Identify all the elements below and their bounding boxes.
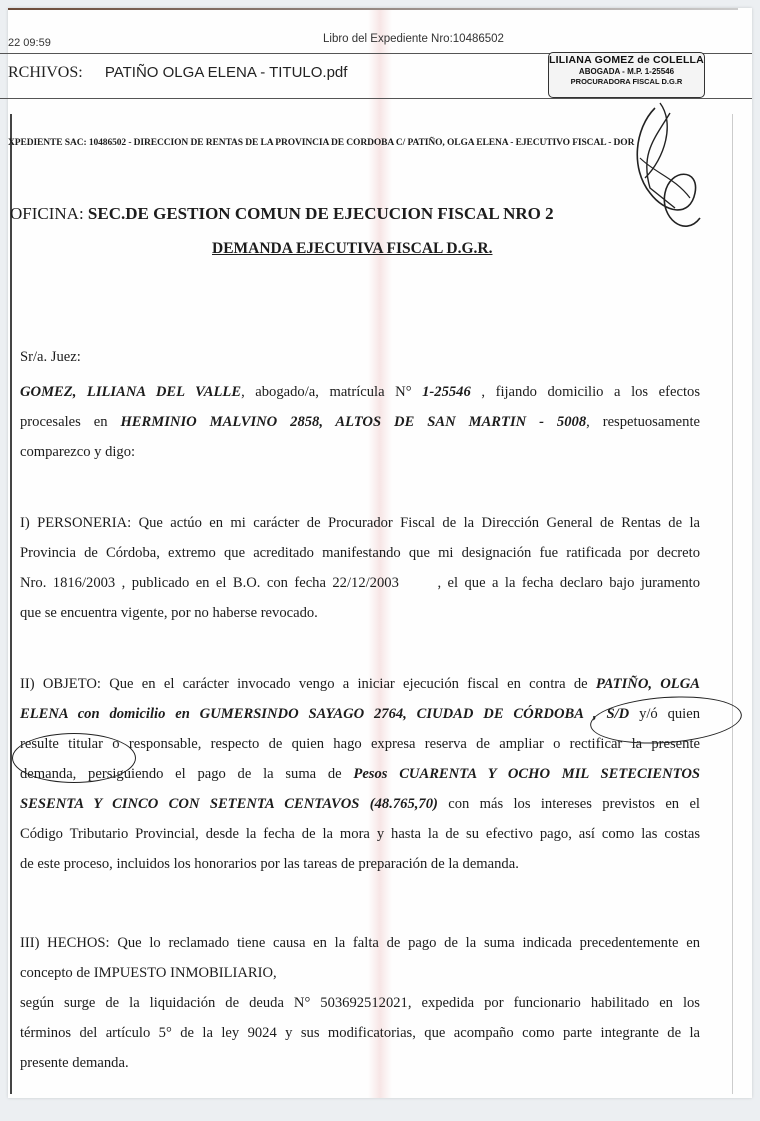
stamp-role: PROCURADORA FISCAL D.G.R — [549, 78, 704, 86]
salutation-text: Sr/a. Juez: — [20, 349, 81, 365]
hechos-line: términos del artículo 5° de la ley 9024 … — [20, 1018, 700, 1048]
archivos-label: RCHIVOS: — [8, 64, 83, 81]
objeto-line: Código Tributario Provincial, desde la f… — [20, 819, 700, 849]
text: con más los intereses previstos en el — [438, 796, 700, 812]
amount-words: Pesos CUARENTA Y OCHO MIL SETECIENTOS — [353, 766, 700, 782]
personeria-paragraph: I) PERSONERIA: Que actúo en mi carácter … — [20, 508, 700, 628]
archivos-filename: PATIÑO OLGA ELENA - TITULO.pdf — [105, 64, 348, 81]
hechos-paragraph: III) HECHOS: Que lo reclamado tiene caus… — [20, 928, 700, 1078]
text: , respetuosamente — [586, 414, 700, 430]
hechos-line: concepto de IMPUESTO INMOBILIARIO, — [20, 958, 700, 988]
objeto-paragraph: II) OBJETO: Que en el carácter invocado … — [20, 669, 700, 879]
document-title: DEMANDA EJECUTIVA FISCAL D.G.R. — [212, 240, 492, 258]
stamp-registration: ABOGADA - M.P. 1-25546 — [549, 68, 704, 76]
domicilio: HERMINIO MALVINO 2858, ALTOS DE SAN MART… — [120, 414, 586, 430]
intro-paragraph: GOMEZ, LILIANA DEL VALLE, abogado/a, mat… — [20, 377, 700, 467]
oficina-label: OFICINA: — [10, 204, 84, 223]
signature-icon — [615, 98, 705, 238]
handwritten-circle — [12, 733, 136, 783]
objeto-line: II) OBJETO: Que en el carácter invocado … — [20, 669, 700, 699]
hechos-line: III) HECHOS: Que lo reclamado tiene caus… — [20, 928, 700, 958]
objeto-line: SESENTA Y CINCO CON SETENTA CENTAVOS (48… — [20, 789, 700, 819]
personeria-line: I) PERSONERIA: Que actúo en mi carácter … — [20, 508, 700, 538]
defendant-name: PATIÑO, OLGA — [596, 676, 700, 692]
text: II) OBJETO: Que en el carácter invocado … — [20, 676, 596, 692]
text: , abogado/a, matrícula N° — [241, 384, 422, 400]
archivos-line: RCHIVOS: PATIÑO OLGA ELENA - TITULO.pdf — [8, 64, 347, 82]
objeto-line: de este proceso, incluidos los honorario… — [20, 849, 700, 879]
oficina-value: SEC.DE GESTION COMUN DE EJECUCION FISCAL… — [88, 204, 554, 223]
expediente-header: XPEDIENTE SAC: 10486502 - DIRECCION DE R… — [8, 138, 634, 148]
matricula: 1-25546 — [422, 384, 471, 400]
attorney-name: GOMEZ, LILIANA DEL VALLE — [20, 384, 241, 400]
amount-words-2: SESENTA Y CINCO CON SETENTA CENTAVOS (48… — [20, 796, 438, 812]
salutation: Sr/a. Juez: — [20, 342, 700, 372]
oficina-line: OFICINA: SEC.DE GESTION COMUN DE EJECUCI… — [10, 204, 554, 224]
paper-top-edge — [8, 8, 738, 10]
text: , fijando domicilio a los efectos — [471, 384, 700, 400]
intro-line-3: comparezco y digo: — [20, 437, 700, 467]
stamp-name: LILIANA GOMEZ de COLELLA — [549, 55, 704, 66]
hechos-line: presente demanda. — [20, 1048, 700, 1078]
intro-line-2: procesales en HERMINIO MALVINO 2858, ALT… — [20, 407, 700, 437]
attorney-stamp: LILIANA GOMEZ de COLELLA ABOGADA - M.P. … — [548, 52, 705, 98]
libro-expediente: Libro del Expediente Nro:10486502 — [323, 33, 504, 45]
personeria-line: Provincia de Córdoba, extremo que acredi… — [20, 538, 700, 568]
personeria-line: Nro. 1816/2003 , publicado en el B.O. co… — [20, 568, 700, 598]
print-timestamp: 22 09:59 — [8, 37, 51, 49]
text: procesales en — [20, 414, 120, 430]
defendant-address: ELENA con domicilio en GUMERSINDO SAYAGO… — [20, 706, 629, 722]
hechos-line: según surge de la liquidación de deuda N… — [20, 988, 700, 1018]
personeria-line: que se encuentra vigente, por no haberse… — [20, 598, 700, 628]
intro-line-1: GOMEZ, LILIANA DEL VALLE, abogado/a, mat… — [20, 377, 700, 407]
